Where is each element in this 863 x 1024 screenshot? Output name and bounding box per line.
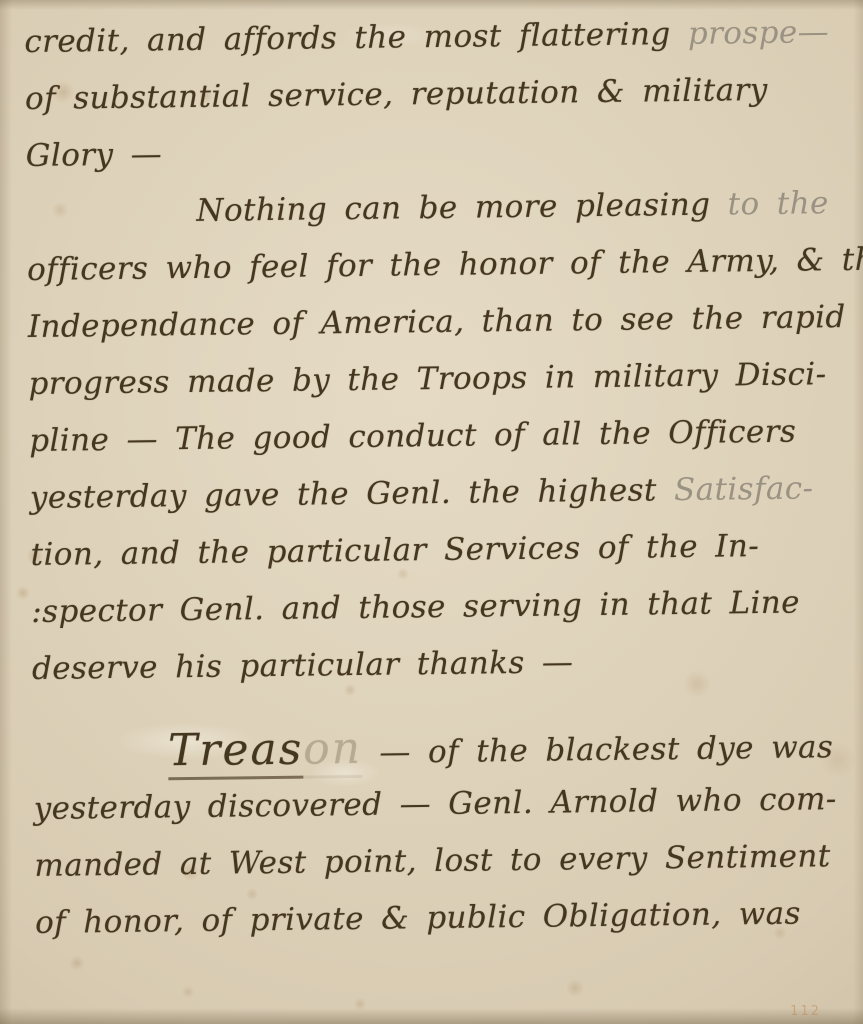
text-segment-ink: officers who feel for the honor of the A… — [27, 241, 863, 288]
text-segment-ink: manded at West point, lost to every Sent… — [34, 838, 831, 884]
manuscript-page: credit, and affords the most flattering … — [0, 0, 863, 1024]
manuscript-line: of honor, of private & public Obligation… — [35, 885, 863, 952]
text-segment-ink: tion, and the particular Services of the… — [30, 528, 759, 573]
text-segment-ink: Nothing can be more pleasing — [196, 186, 728, 228]
text-segment-faded: prospe— — [688, 14, 830, 52]
manuscript-line: yesterday gave the Genl. the highest Sat… — [30, 460, 863, 527]
text-segment-ink: pline — The good conduct of all the Offi… — [29, 414, 796, 459]
text-segment-treason-faded: on — [303, 723, 362, 779]
text-segment-ink: :spector Genl. and those serving in that… — [31, 585, 800, 630]
manuscript-line: credit, and affords the most flattering … — [24, 4, 862, 71]
manuscript-line: of substantial service, reputation & mil… — [25, 61, 863, 128]
text-segment-ink: — of the blackest dye was — [362, 729, 834, 771]
text-segment-faded: to the — [727, 185, 829, 222]
manuscript-line: yesterday discovered — Genl. Arnold who … — [33, 771, 863, 838]
manuscript-line: :spector Genl. and those serving in that… — [31, 574, 863, 641]
text-segment-ink: progress made by the Troops in military … — [28, 356, 826, 402]
manuscript-line: Independance of America, than to see the… — [27, 289, 863, 356]
text-segment-ink: of honor, of private & public Obligation… — [35, 896, 801, 941]
manuscript-line: pline — The good conduct of all the Offi… — [29, 403, 863, 470]
manuscript-line: deserve his particular thanks — — [32, 631, 863, 698]
manuscript-line: tion, and the particular Services of the… — [30, 517, 863, 584]
text-segment-ink: deserve his particular thanks — — [32, 644, 574, 687]
manuscript-line: Treason — of the blackest dye was — [33, 714, 863, 781]
manuscript-line: Glory — — [25, 118, 863, 185]
folio-number: 112 — [790, 1004, 821, 1019]
text-segment-ink: yesterday gave the Genl. the highest — [30, 472, 675, 516]
manuscript-line: officers who feel for the honor of the A… — [27, 232, 863, 299]
text-segment-ink: credit, and affords the most flattering — [24, 16, 688, 60]
text-segment-ink: Independance of America, than to see the… — [28, 299, 846, 345]
manuscript-text: credit, and affords the most flattering … — [24, 4, 863, 952]
text-segment-ink: Glory — — [26, 136, 163, 174]
text-segment-ink: yesterday discovered — Genl. Arnold who … — [33, 781, 836, 827]
text-segment-treason: Treas — [168, 724, 304, 781]
text-segment-ink: of substantial service, reputation & mil… — [25, 72, 768, 117]
text-segment-faded: Satisfac- — [674, 470, 814, 508]
manuscript-line: manded at West point, lost to every Sent… — [34, 828, 863, 895]
manuscript-line: Nothing can be more pleasing to the — [26, 175, 863, 242]
manuscript-line: progress made by the Troops in military … — [28, 346, 863, 413]
